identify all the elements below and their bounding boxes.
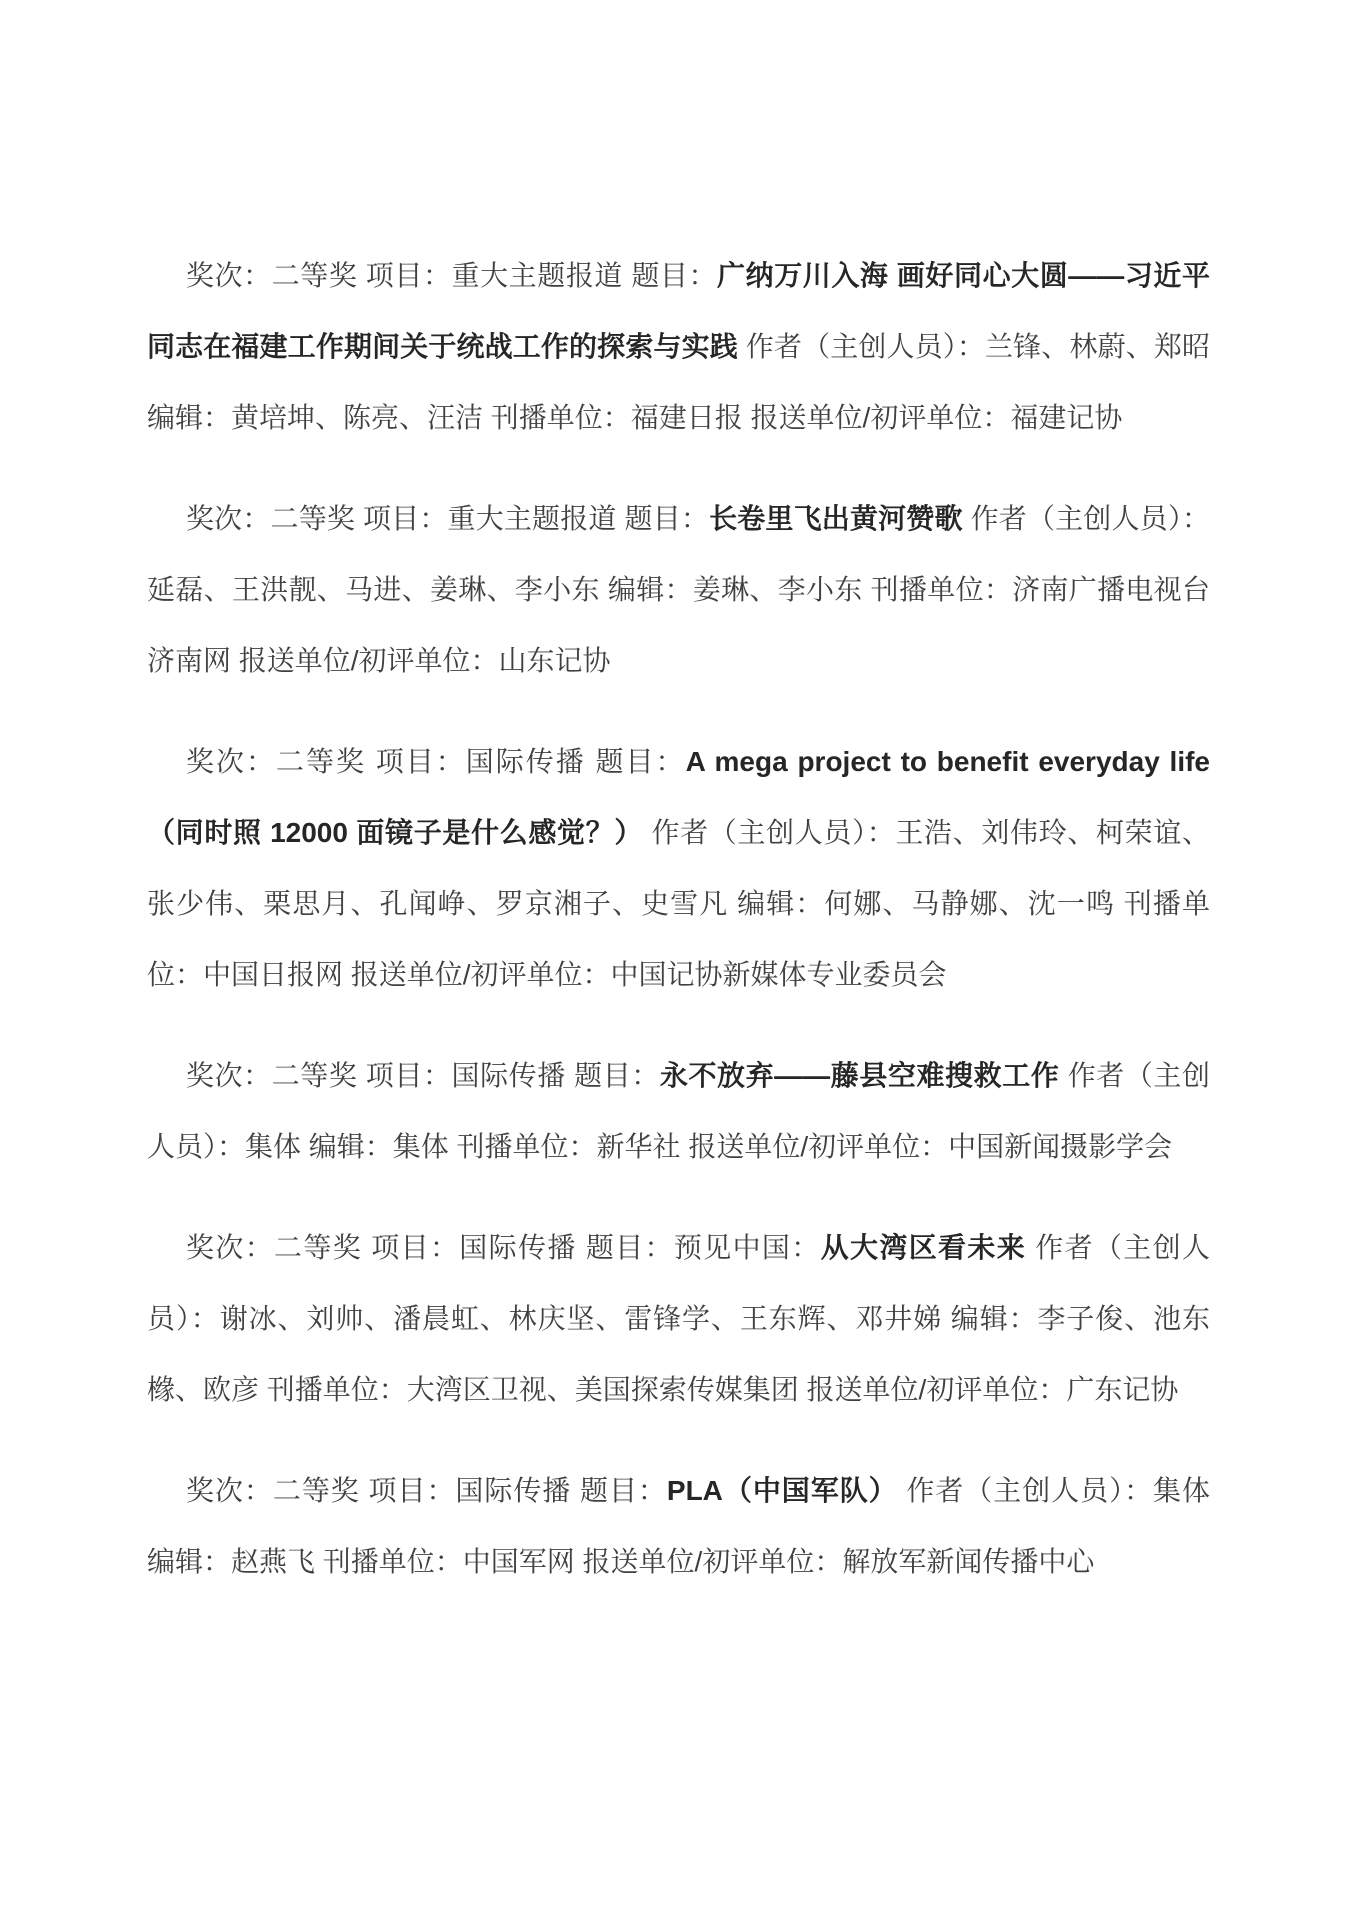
award-entry: 奖次：二等奖 项目：重大主题报道 题目：广纳万川入海 画好同心大圆——习近平同志… — [147, 240, 1210, 453]
document-page: 奖次：二等奖 项目：重大主题报道 题目：广纳万川入海 画好同心大圆——习近平同志… — [0, 0, 1350, 1910]
entry-title: 长卷里飞出黄河赞歌 — [709, 503, 963, 534]
award-entry: 奖次：二等奖 项目：国际传播 题目：A mega project to bene… — [147, 726, 1210, 1010]
award-entry: 奖次：二等奖 项目：国际传播 题目：预见中国：从大湾区看未来 作者（主创人员）：… — [147, 1212, 1210, 1425]
award-entry: 奖次：二等奖 项目：国际传播 题目：PLA（中国军队） 作者（主创人员）：集体 … — [147, 1455, 1210, 1597]
entry-title: 从大湾区看未来 — [821, 1232, 1026, 1263]
entry-text: 奖次：二等奖 项目：国际传播 题目： — [186, 1475, 667, 1506]
entry-title: 永不放弃——藤县空难搜救工作 — [660, 1060, 1059, 1091]
entry-text: 奖次：二等奖 项目：国际传播 题目： — [186, 1060, 660, 1091]
award-list: 奖次：二等奖 项目：重大主题报道 题目：广纳万川入海 画好同心大圆——习近平同志… — [147, 240, 1210, 1597]
entry-text: 奖次：二等奖 项目：重大主题报道 题目： — [186, 260, 717, 291]
award-entry: 奖次：二等奖 项目：重大主题报道 题目：长卷里飞出黄河赞歌 作者（主创人员）：延… — [147, 483, 1210, 696]
entry-text: 奖次：二等奖 项目：重大主题报道 题目： — [186, 503, 709, 534]
award-entry: 奖次：二等奖 项目：国际传播 题目：永不放弃——藤县空难搜救工作 作者（主创人员… — [147, 1040, 1210, 1182]
entry-title: PLA（中国军队） — [667, 1475, 898, 1506]
entry-text: 奖次：二等奖 项目：国际传播 题目： — [186, 746, 686, 777]
entry-text: 奖次：二等奖 项目：国际传播 题目：预见中国： — [186, 1232, 821, 1263]
